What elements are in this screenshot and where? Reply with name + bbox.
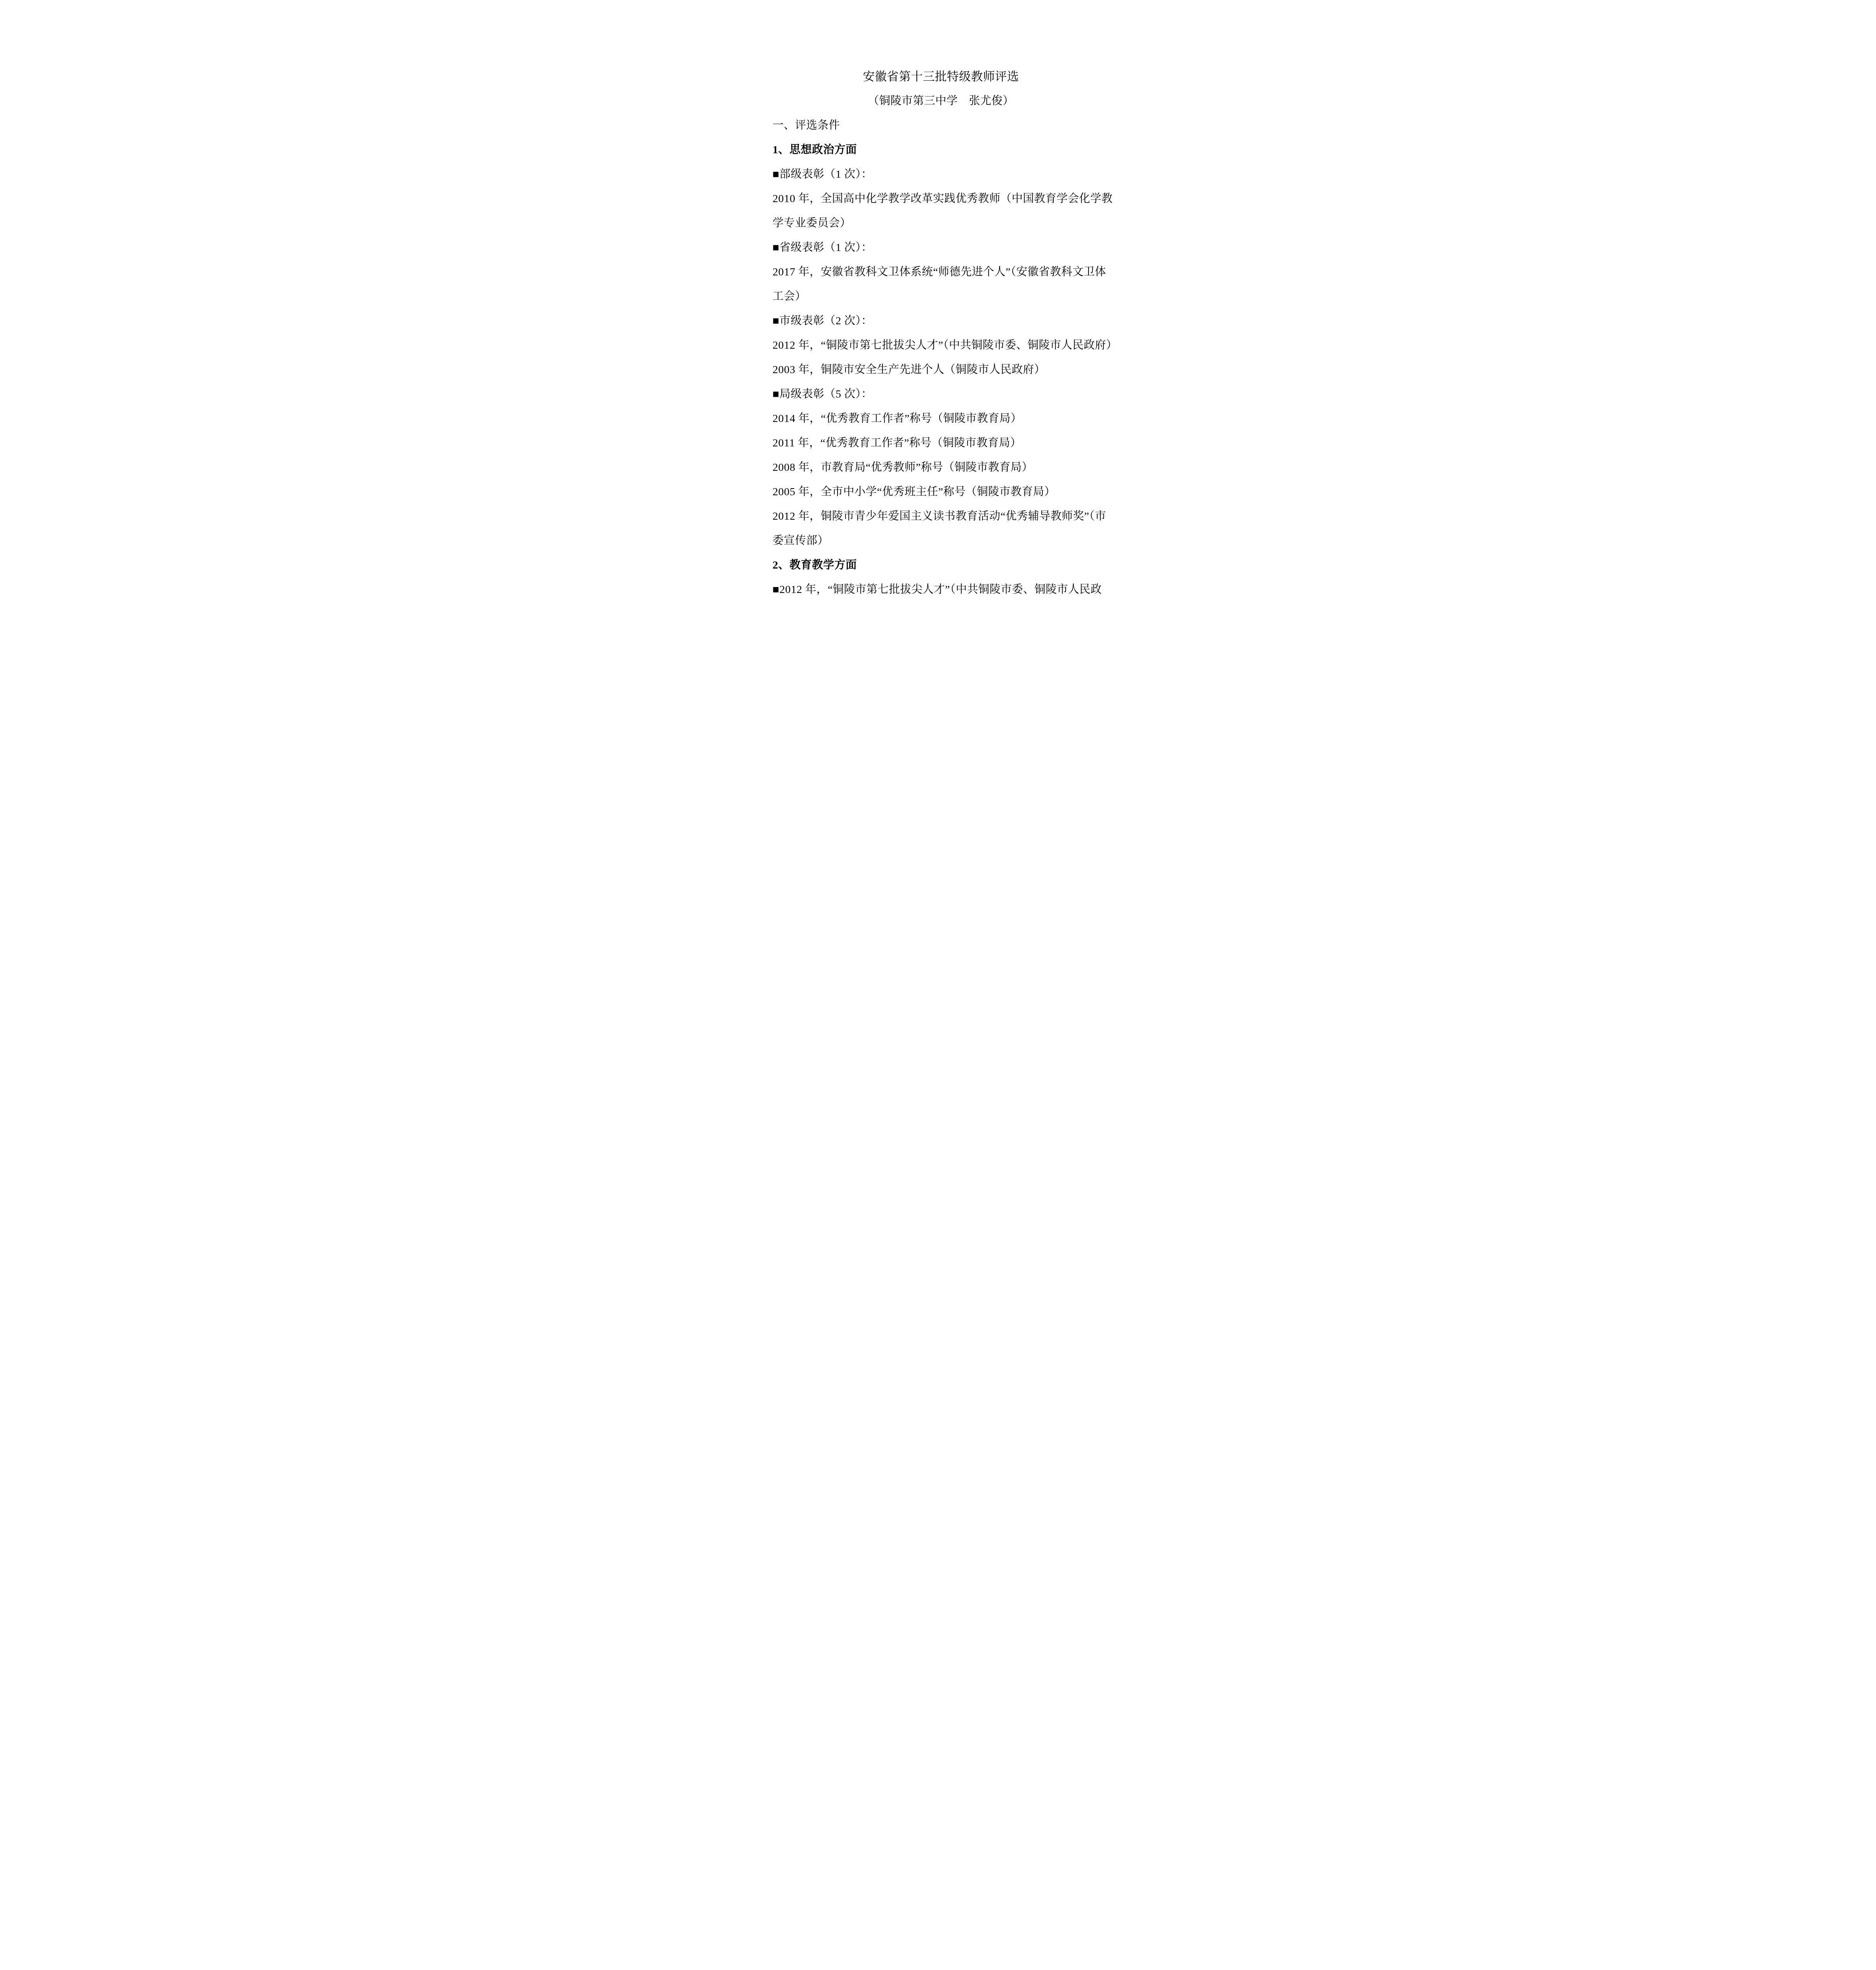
award-category-bureau-level: ■局级表彰（5 次）： <box>773 382 1109 407</box>
paragraph-line: 2012 年，“铜陵市第七批拔尖人才”（中共铜陵市委、铜陵市人民政府） <box>773 333 1109 358</box>
paragraph-line: 2011 年，“优秀教育工作者”称号（铜陵市教育局） <box>773 431 1109 455</box>
document-page: 安徽省第十三批特级教师评选 （铜陵市第三中学 张尤俊） 一、评选条件 1、思想政… <box>704 0 1172 663</box>
paragraph-line: 工会） <box>773 284 1109 309</box>
paragraph-line: 2014 年，“优秀教育工作者”称号（铜陵市教育局） <box>773 407 1109 431</box>
section-heading: 一、评选条件 <box>773 113 1109 138</box>
award-category-province-level: ■省级表彰（1 次）： <box>773 236 1109 260</box>
paragraph-line: 2003 年，铜陵市安全生产先进个人（铜陵市人民政府） <box>773 358 1109 382</box>
paragraph-line: 委宣传部） <box>773 529 1109 553</box>
award-category-city-level: ■市级表彰（2 次）： <box>773 309 1109 333</box>
paragraph-line: 2012 年，铜陵市青少年爱国主义读书教育活动“优秀辅导教师奖”（市 <box>773 504 1109 529</box>
paragraph-line: 2010 年，全国高中化学教学改革实践优秀教师（中国教育学会化学教 <box>773 187 1109 211</box>
subsection-2-heading: 2、教育教学方面 <box>773 553 1109 578</box>
paragraph-line: 2005 年，全市中小学“优秀班主任”称号（铜陵市教育局） <box>773 480 1109 504</box>
doc-subtitle: （铜陵市第三中学 张尤俊） <box>773 89 1109 113</box>
paragraph-line: 学专业委员会） <box>773 211 1109 236</box>
paragraph-line: 2017 年，安徽省教科文卫体系统“师德先进个人”（安徽省教科文卫体 <box>773 260 1109 284</box>
award-category-ministry-level: ■部级表彰（1 次）： <box>773 162 1109 187</box>
paragraph-line: ■2012 年，“铜陵市第七批拔尖人才”（中共铜陵市委、铜陵市人民政 <box>773 578 1109 602</box>
subsection-1-heading: 1、思想政治方面 <box>773 138 1109 162</box>
doc-title: 安徽省第十三批特级教师评选 <box>773 65 1109 89</box>
paragraph-line: 2008 年，市教育局“优秀教师”称号（铜陵市教育局） <box>773 455 1109 480</box>
